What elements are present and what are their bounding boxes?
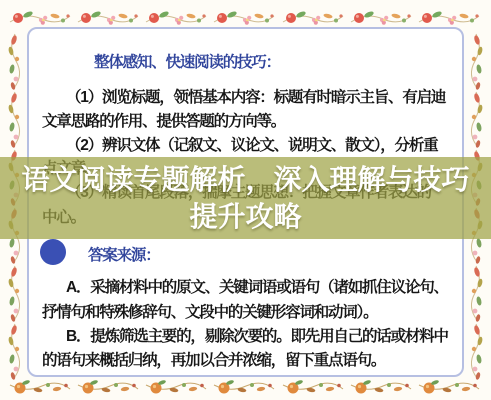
banner-title-line1: 语文阅读专题解析，深入理解与技巧 (21, 161, 469, 198)
answer-source-bullet-circle-icon (40, 239, 66, 265)
tip1-line2: 文章思路的作用、提供答题的方向等。 (42, 109, 285, 131)
answer-b-line1: B．提炼筛选主要的，剔除次要的。即先用自己的话或材料中 (66, 324, 448, 346)
answer-a-line1: A．采摘材料中的原文、关键词语或语句（诸如抓住议论句、 (66, 275, 448, 297)
answer-b-line2: 的语句来概括归纳，再加以合并浓缩，留下重点语句。 (42, 348, 385, 370)
tip2-line1: （2）辨识文体（记叙文、议论文、说明文、散文），分析重 (66, 133, 437, 155)
floral-border-bottom-icon (8, 377, 481, 397)
banner-title-line2: 提升攻略 (189, 198, 301, 235)
answer-a-line2: 抒情句和特殊修辞句、文段中的关键形容词和动词）。 (42, 300, 377, 322)
reading-tips-heading: 整体感知、快速阅读的技巧： (94, 50, 280, 72)
title-banner: 语文阅读专题解析，深入理解与技巧 提升攻略 (0, 157, 491, 239)
floral-border-top-icon (8, 7, 481, 29)
answer-source-heading: 答案来源： (88, 243, 160, 265)
blog-image-page: { "colors": { "accent_blue": "#31459c", … (0, 0, 491, 400)
tip1-line1: （1）浏览标题，领悟基本内容：标题有时暗示主旨、有启迪 (66, 85, 445, 107)
